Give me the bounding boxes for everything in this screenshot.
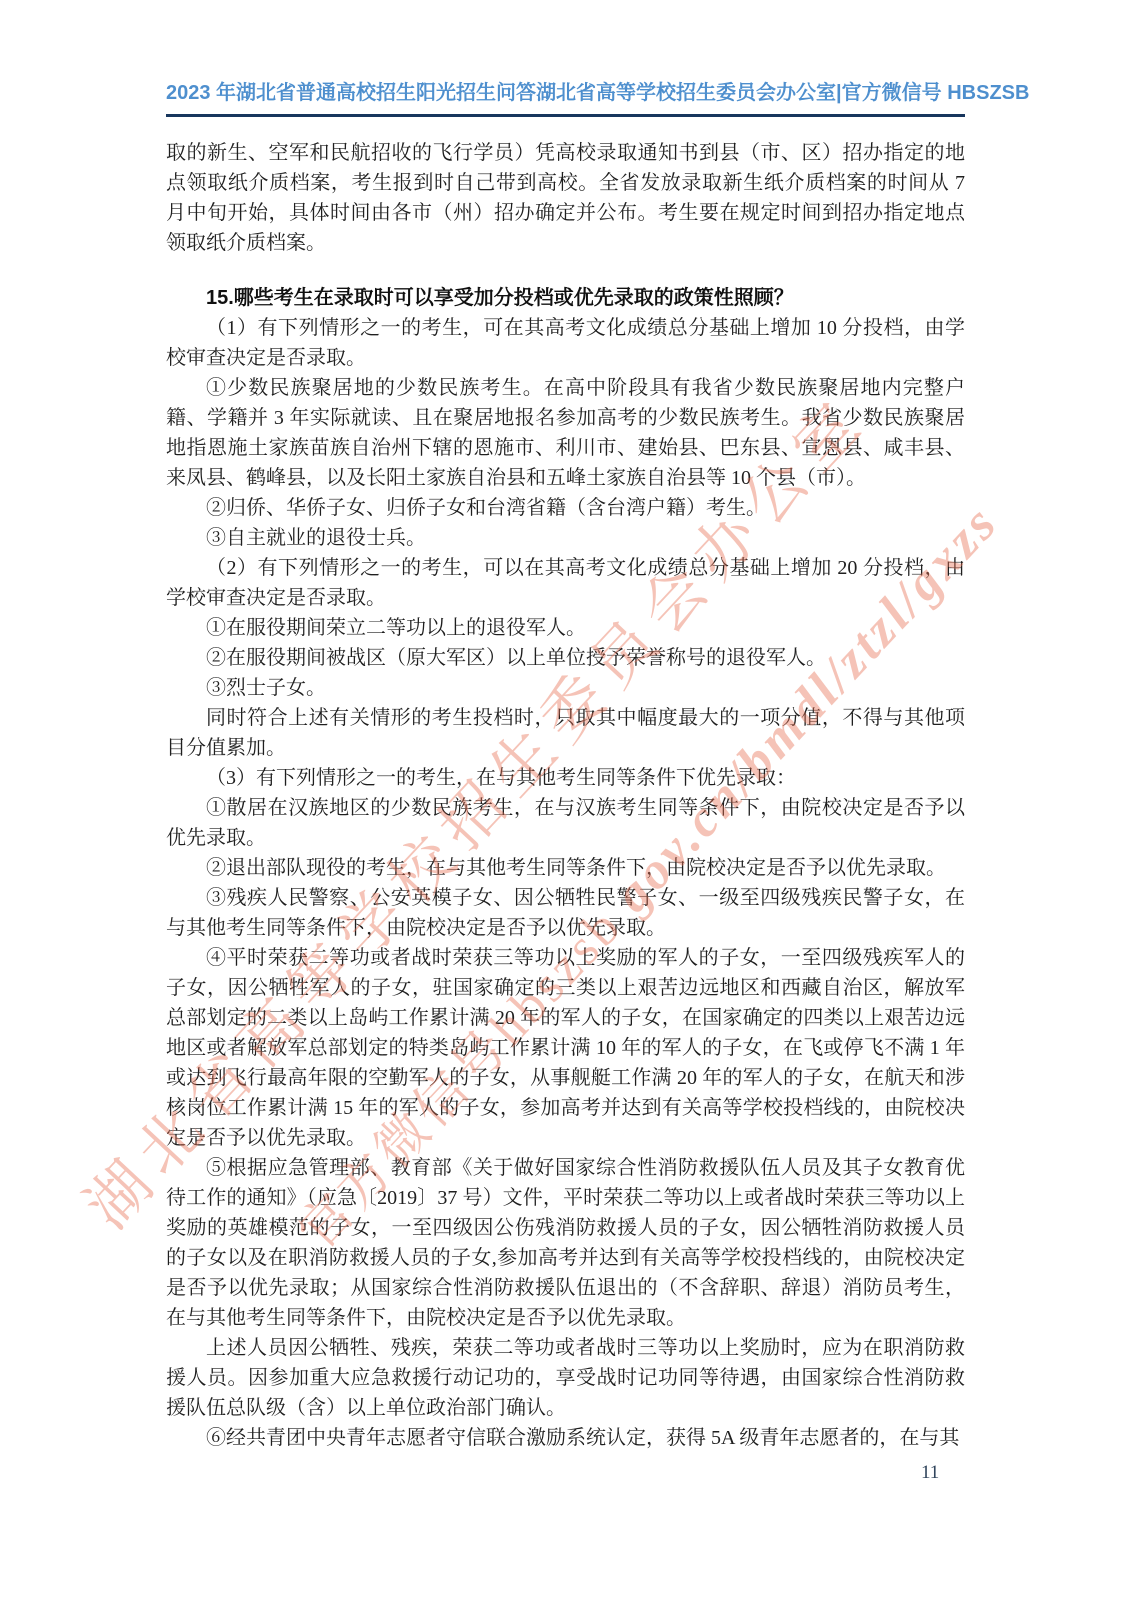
document-body: 取的新生、空军和民航招收的飞行学员）凭高校录取通知书到县（市、区）招办指定的地点… [166, 138, 965, 1453]
header-title-right: 湖北省高等学校招生委员会办公室|官方微信号 HBSZSB [536, 76, 1029, 105]
paragraph: ③自主就业的退役士兵。 [166, 523, 965, 553]
paragraph: ②在服役期间被战区（原大军区）以上单位授予荣誉称号的退役军人。 [166, 643, 965, 673]
paragraph: （1）有下列情形之一的考生，可在其高考文化成绩总分基础上增加 10 分投档，由学… [166, 313, 965, 373]
paragraph: 上述人员因公牺牲、残疾，荣获二等功或者战时三等功以上奖励时，应为在职消防救援人员… [166, 1333, 965, 1423]
paragraph: 取的新生、空军和民航招收的飞行学员）凭高校录取通知书到县（市、区）招办指定的地点… [166, 138, 965, 258]
paragraph: ④平时荣获二等功或者战时荣获三等功以上奖励的军人的子女，一至四级残疾军人的子女，… [166, 943, 965, 1153]
paragraph: ①少数民族聚居地的少数民族考生。在高中阶段具有我省少数民族聚居地内完整户籍、学籍… [166, 373, 965, 493]
paragraph: ①散居在汉族地区的少数民族考生，在与汉族考生同等条件下，由院校决定是否予以优先录… [166, 793, 965, 853]
paragraph: ⑥经共青团中央青年志愿者守信联合激励系统认定，获得 5A 级青年志愿者的，在与其 [166, 1423, 965, 1453]
paragraph: ⑤根据应急管理部、教育部《关于做好国家综合性消防救援队伍人员及其子女教育优待工作… [166, 1153, 965, 1333]
document-page: 2023 年湖北省普通高校招生阳光招生问答 湖北省高等学校招生委员会办公室|官方… [0, 0, 1131, 1600]
paragraph: （3）有下列情形之一的考生，在与其他考生同等条件下优先录取： [166, 763, 965, 793]
page-number: 11 [921, 1462, 939, 1484]
paragraph: ②归侨、华侨子女、归侨子女和台湾省籍（含台湾户籍）考生。 [166, 493, 965, 523]
paragraph: （2）有下列情形之一的考生，可以在其高考文化成绩总分基础上增加 20 分投档，由… [166, 553, 965, 613]
header-title-left: 2023 年湖北省普通高校招生阳光招生问答 [166, 76, 536, 105]
paragraph: ②退出部队现役的考生，在与其他考生同等条件下，由院校决定是否予以优先录取。 [166, 853, 965, 883]
question-heading: 15.哪些考生在录取时可以享受加分投档或优先录取的政策性照顾？ [166, 283, 965, 313]
paragraph: ③烈士子女。 [166, 673, 965, 703]
paragraph: ③残疾人民警察、公安英模子女、因公牺牲民警子女、一级至四级残疾民警子女，在与其他… [166, 883, 965, 943]
paragraph: 同时符合上述有关情形的考生投档时，只取其中幅度最大的一项分值，不得与其他项目分值… [166, 703, 965, 763]
paragraph: ①在服役期间荣立二等功以上的退役军人。 [166, 613, 965, 643]
page-header: 2023 年湖北省普通高校招生阳光招生问答 湖北省高等学校招生委员会办公室|官方… [166, 76, 965, 117]
